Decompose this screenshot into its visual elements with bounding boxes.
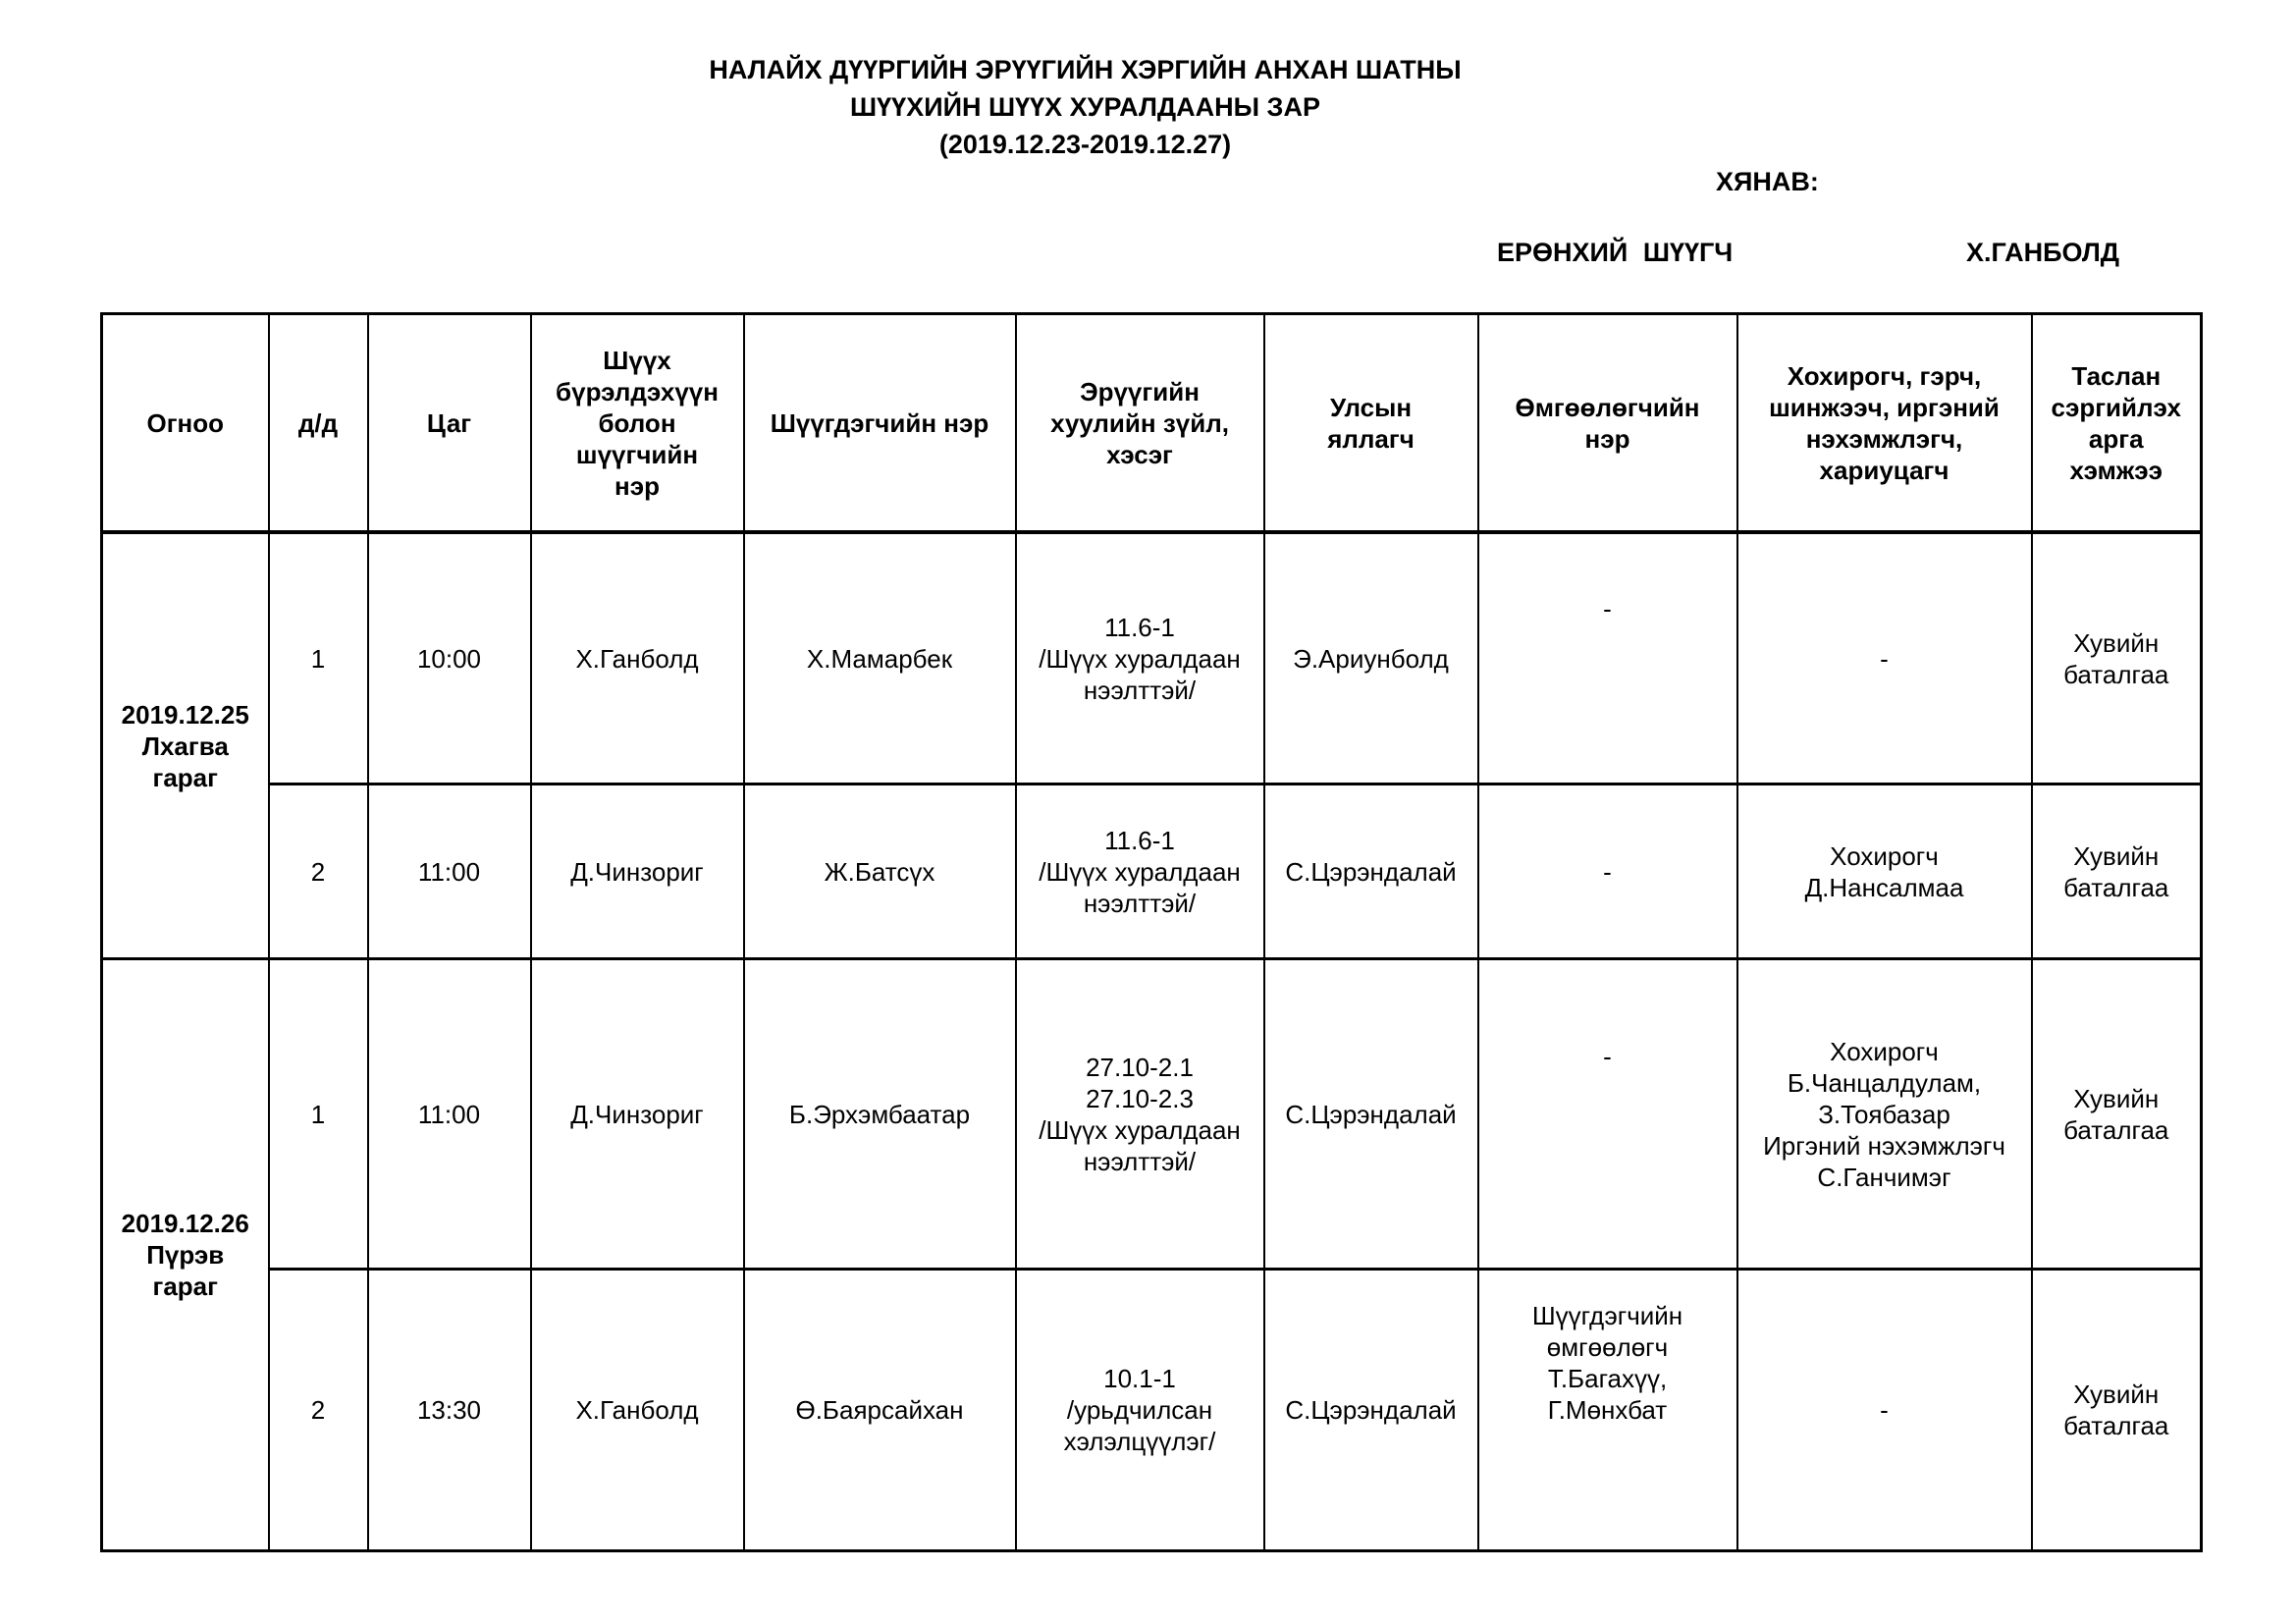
row-number: 1 <box>269 532 368 785</box>
row-number: 2 <box>269 1270 368 1551</box>
approve-label: ХЯНАВ: <box>1716 167 1819 197</box>
day-date-cell: 2019.12.26 Пүрэв гараг <box>102 959 269 1551</box>
row-prosecutor: С.Цэрэндалай <box>1264 959 1478 1270</box>
document-title-line1: НАЛАЙХ ДҮҮРГИЙН ЭРҮҮГИЙН ХЭРГИЙН АНХАН Ш… <box>0 55 2233 85</box>
table-row: 2 11:00 Д.Чинзориг Ж.Батсүх 11.6-1 /Шүүх… <box>102 785 2202 959</box>
row-defendant: Х.Мамарбек <box>744 532 1016 785</box>
table-row: 2019.12.25 Лхагва гараг 1 10:00 Х.Ганбол… <box>102 532 2202 785</box>
row-judge: Х.Ганболд <box>531 1270 744 1551</box>
col-header-date: Огноо <box>102 314 269 533</box>
hearing-schedule-table: Огноо д/д Цаг Шүүх бүрэлдэхүүн болон шүү… <box>100 312 2203 1552</box>
col-header-lawyer: Өмгөөлөгчийн нэр <box>1478 314 1737 533</box>
table-header-row: Огноо д/д Цаг Шүүх бүрэлдэхүүн болон шүү… <box>102 314 2202 533</box>
col-header-article: Эрүүгийн хуулийн зүйл, хэсэг <box>1016 314 1264 533</box>
row-prosecutor: С.Цэрэндалай <box>1264 785 1478 959</box>
day-date-cell: 2019.12.25 Лхагва гараг <box>102 532 269 959</box>
col-header-time: Цаг <box>368 314 531 533</box>
table-row: 2 13:30 Х.Ганболд Ө.Баярсайхан 10.1-1 /у… <box>102 1270 2202 1551</box>
col-header-defendant: Шүүгдэгчийн нэр <box>744 314 1016 533</box>
chief-judge-title: ЕРӨНХИЙ ШҮҮГЧ <box>1497 238 1733 268</box>
row-judge: Х.Ганболд <box>531 532 744 785</box>
row-victims: - <box>1737 1270 2032 1551</box>
col-header-prosecutor: Улсын яллагч <box>1264 314 1478 533</box>
row-judge: Д.Чинзориг <box>531 959 744 1270</box>
row-lawyer: - <box>1478 532 1737 785</box>
row-article: 11.6-1 /Шүүх хуралдаан нээлттэй/ <box>1016 532 1264 785</box>
row-defendant: Ө.Баярсайхан <box>744 1270 1016 1551</box>
row-measure: Хувийн баталгаа <box>2032 785 2202 959</box>
row-time: 10:00 <box>368 532 531 785</box>
document-date-range: (2019.12.23-2019.12.27) <box>0 130 2233 160</box>
document-title-line2: ШҮҮХИЙН ШҮҮХ ХУРАЛДААНЫ ЗАР <box>0 92 2233 123</box>
row-article: 27.10-2.1 27.10-2.3 /Шүүх хуралдаан нээл… <box>1016 959 1264 1270</box>
row-lawyer: - <box>1478 959 1737 1270</box>
row-victims: Хохирогч Б.Чанцалдулам, З.Тоябазар Иргэн… <box>1737 959 2032 1270</box>
col-header-measure: Таслан сэргийлэх арга хэмжээ <box>2032 314 2202 533</box>
row-measure: Хувийн баталгаа <box>2032 959 2202 1270</box>
row-measure: Хувийн баталгаа <box>2032 1270 2202 1551</box>
row-number: 2 <box>269 785 368 959</box>
row-time: 11:00 <box>368 785 531 959</box>
row-lawyer: Шүүгдэгчийн өмгөөлөгч Т.Багахүү, Г.Мөнхб… <box>1478 1270 1737 1551</box>
row-number: 1 <box>269 959 368 1270</box>
row-victims: - <box>1737 532 2032 785</box>
row-lawyer: - <box>1478 785 1737 959</box>
row-victims: Хохирогч Д.Нансалмаа <box>1737 785 2032 959</box>
row-prosecutor: Э.Ариунболд <box>1264 532 1478 785</box>
row-time: 11:00 <box>368 959 531 1270</box>
col-header-judge: Шүүх бүрэлдэхүүн болон шүүгчийн нэр <box>531 314 744 533</box>
row-defendant: Б.Эрхэмбаатар <box>744 959 1016 1270</box>
table-row: 2019.12.26 Пүрэв гараг 1 11:00 Д.Чинзори… <box>102 959 2202 1270</box>
col-header-number: д/д <box>269 314 368 533</box>
row-judge: Д.Чинзориг <box>531 785 744 959</box>
row-article: 11.6-1 /Шүүх хуралдаан нээлттэй/ <box>1016 785 1264 959</box>
row-defendant: Ж.Батсүх <box>744 785 1016 959</box>
row-measure: Хувийн баталгаа <box>2032 532 2202 785</box>
row-article: 10.1-1 /урьдчилсан хэлэлцүүлэг/ <box>1016 1270 1264 1551</box>
row-prosecutor: С.Цэрэндалай <box>1264 1270 1478 1551</box>
row-time: 13:30 <box>368 1270 531 1551</box>
chief-judge-name: Х.ГАНБОЛД <box>1966 238 2119 268</box>
col-header-victims: Хохирогч, гэрч, шинжээч, иргэний нэхэмжл… <box>1737 314 2032 533</box>
